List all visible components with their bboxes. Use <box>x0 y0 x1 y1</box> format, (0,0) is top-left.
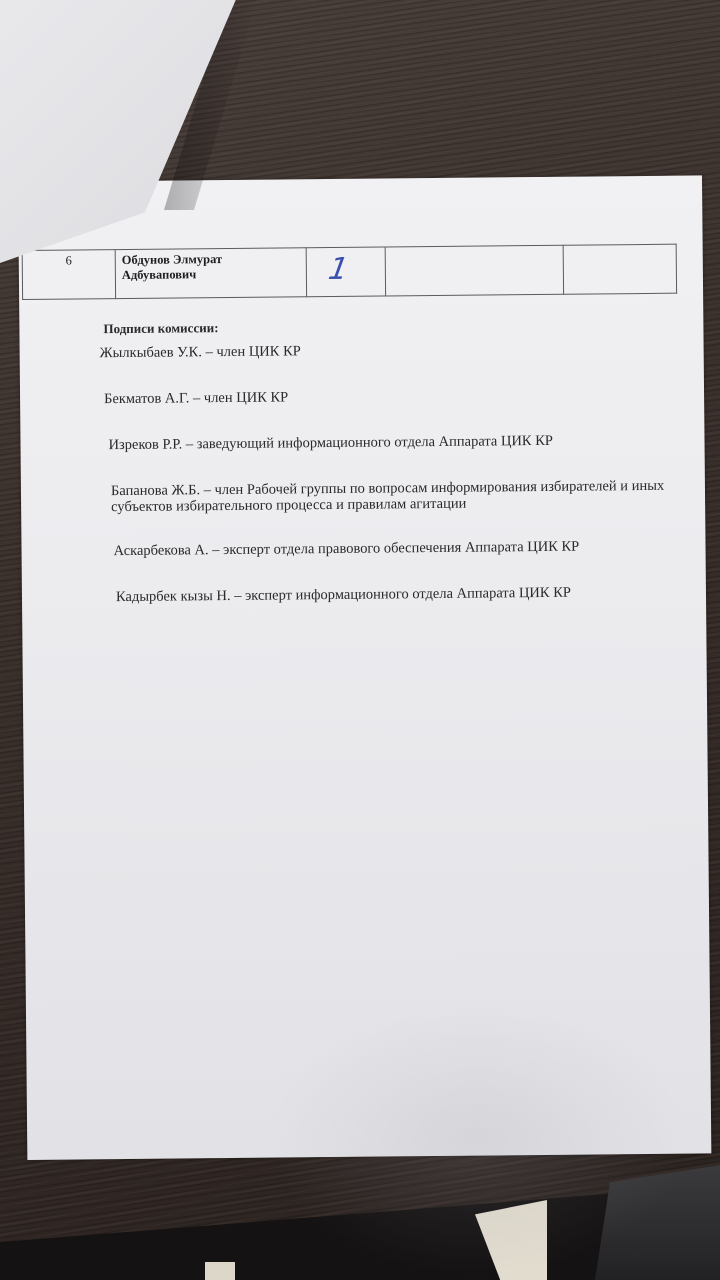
document-page: 6 Обдунов Элмурат Адбувапович 1 Подписи … <box>18 175 711 1160</box>
empty-cell <box>563 244 676 294</box>
signature-text: Жылкыбаев У.К. – член ЦИК КР <box>100 343 301 361</box>
signature-line: Бапанова Ж.Б. – член Рабочей группы по в… <box>111 478 685 516</box>
chair <box>595 1165 720 1280</box>
signature-text: Кадырбек кызы Н. – эксперт информационно… <box>116 585 571 605</box>
candidate-name: Обдунов Элмурат Адбувапович <box>115 248 306 299</box>
signature-text: Бекматов А.Г. – член ЦИК КР <box>104 389 288 407</box>
signatures-title: Подписи комиссии: <box>103 316 683 338</box>
signature-line: Кадырбек кызы Н. – эксперт информационно… <box>116 584 686 605</box>
signature-text: Аскарбекова А. – эксперт отдела правовог… <box>113 539 579 559</box>
signatures-block: Подписи комиссии: Жылкыбаев У.К. – член … <box>99 316 686 606</box>
table-row: 6 Обдунов Элмурат Адбувапович 1 <box>22 244 676 299</box>
candidate-name-line1: Обдунов Элмурат <box>122 251 300 268</box>
floor-visible <box>205 1262 235 1280</box>
signature-text: Изреков Р.Р. – заведующий информационног… <box>108 433 553 453</box>
candidate-name-line2: Адбувапович <box>122 266 300 283</box>
row-number: 6 <box>22 250 115 300</box>
signature-line: Жылкыбаев У.К. – член ЦИК КР <box>100 340 684 362</box>
signature-line: Аскарбекова А. – эксперт отдела правовог… <box>113 538 685 559</box>
mark-cell: 1 <box>306 247 385 297</box>
empty-cell <box>385 245 563 296</box>
signature-line: Изреков Р.Р. – заведующий информационног… <box>108 432 684 454</box>
results-table: 6 Обдунов Элмурат Адбувапович 1 <box>22 244 677 300</box>
signature-line: Бекматов А.Г. – член ЦИК КР <box>104 386 684 408</box>
handwritten-mark: 1 <box>326 252 351 287</box>
